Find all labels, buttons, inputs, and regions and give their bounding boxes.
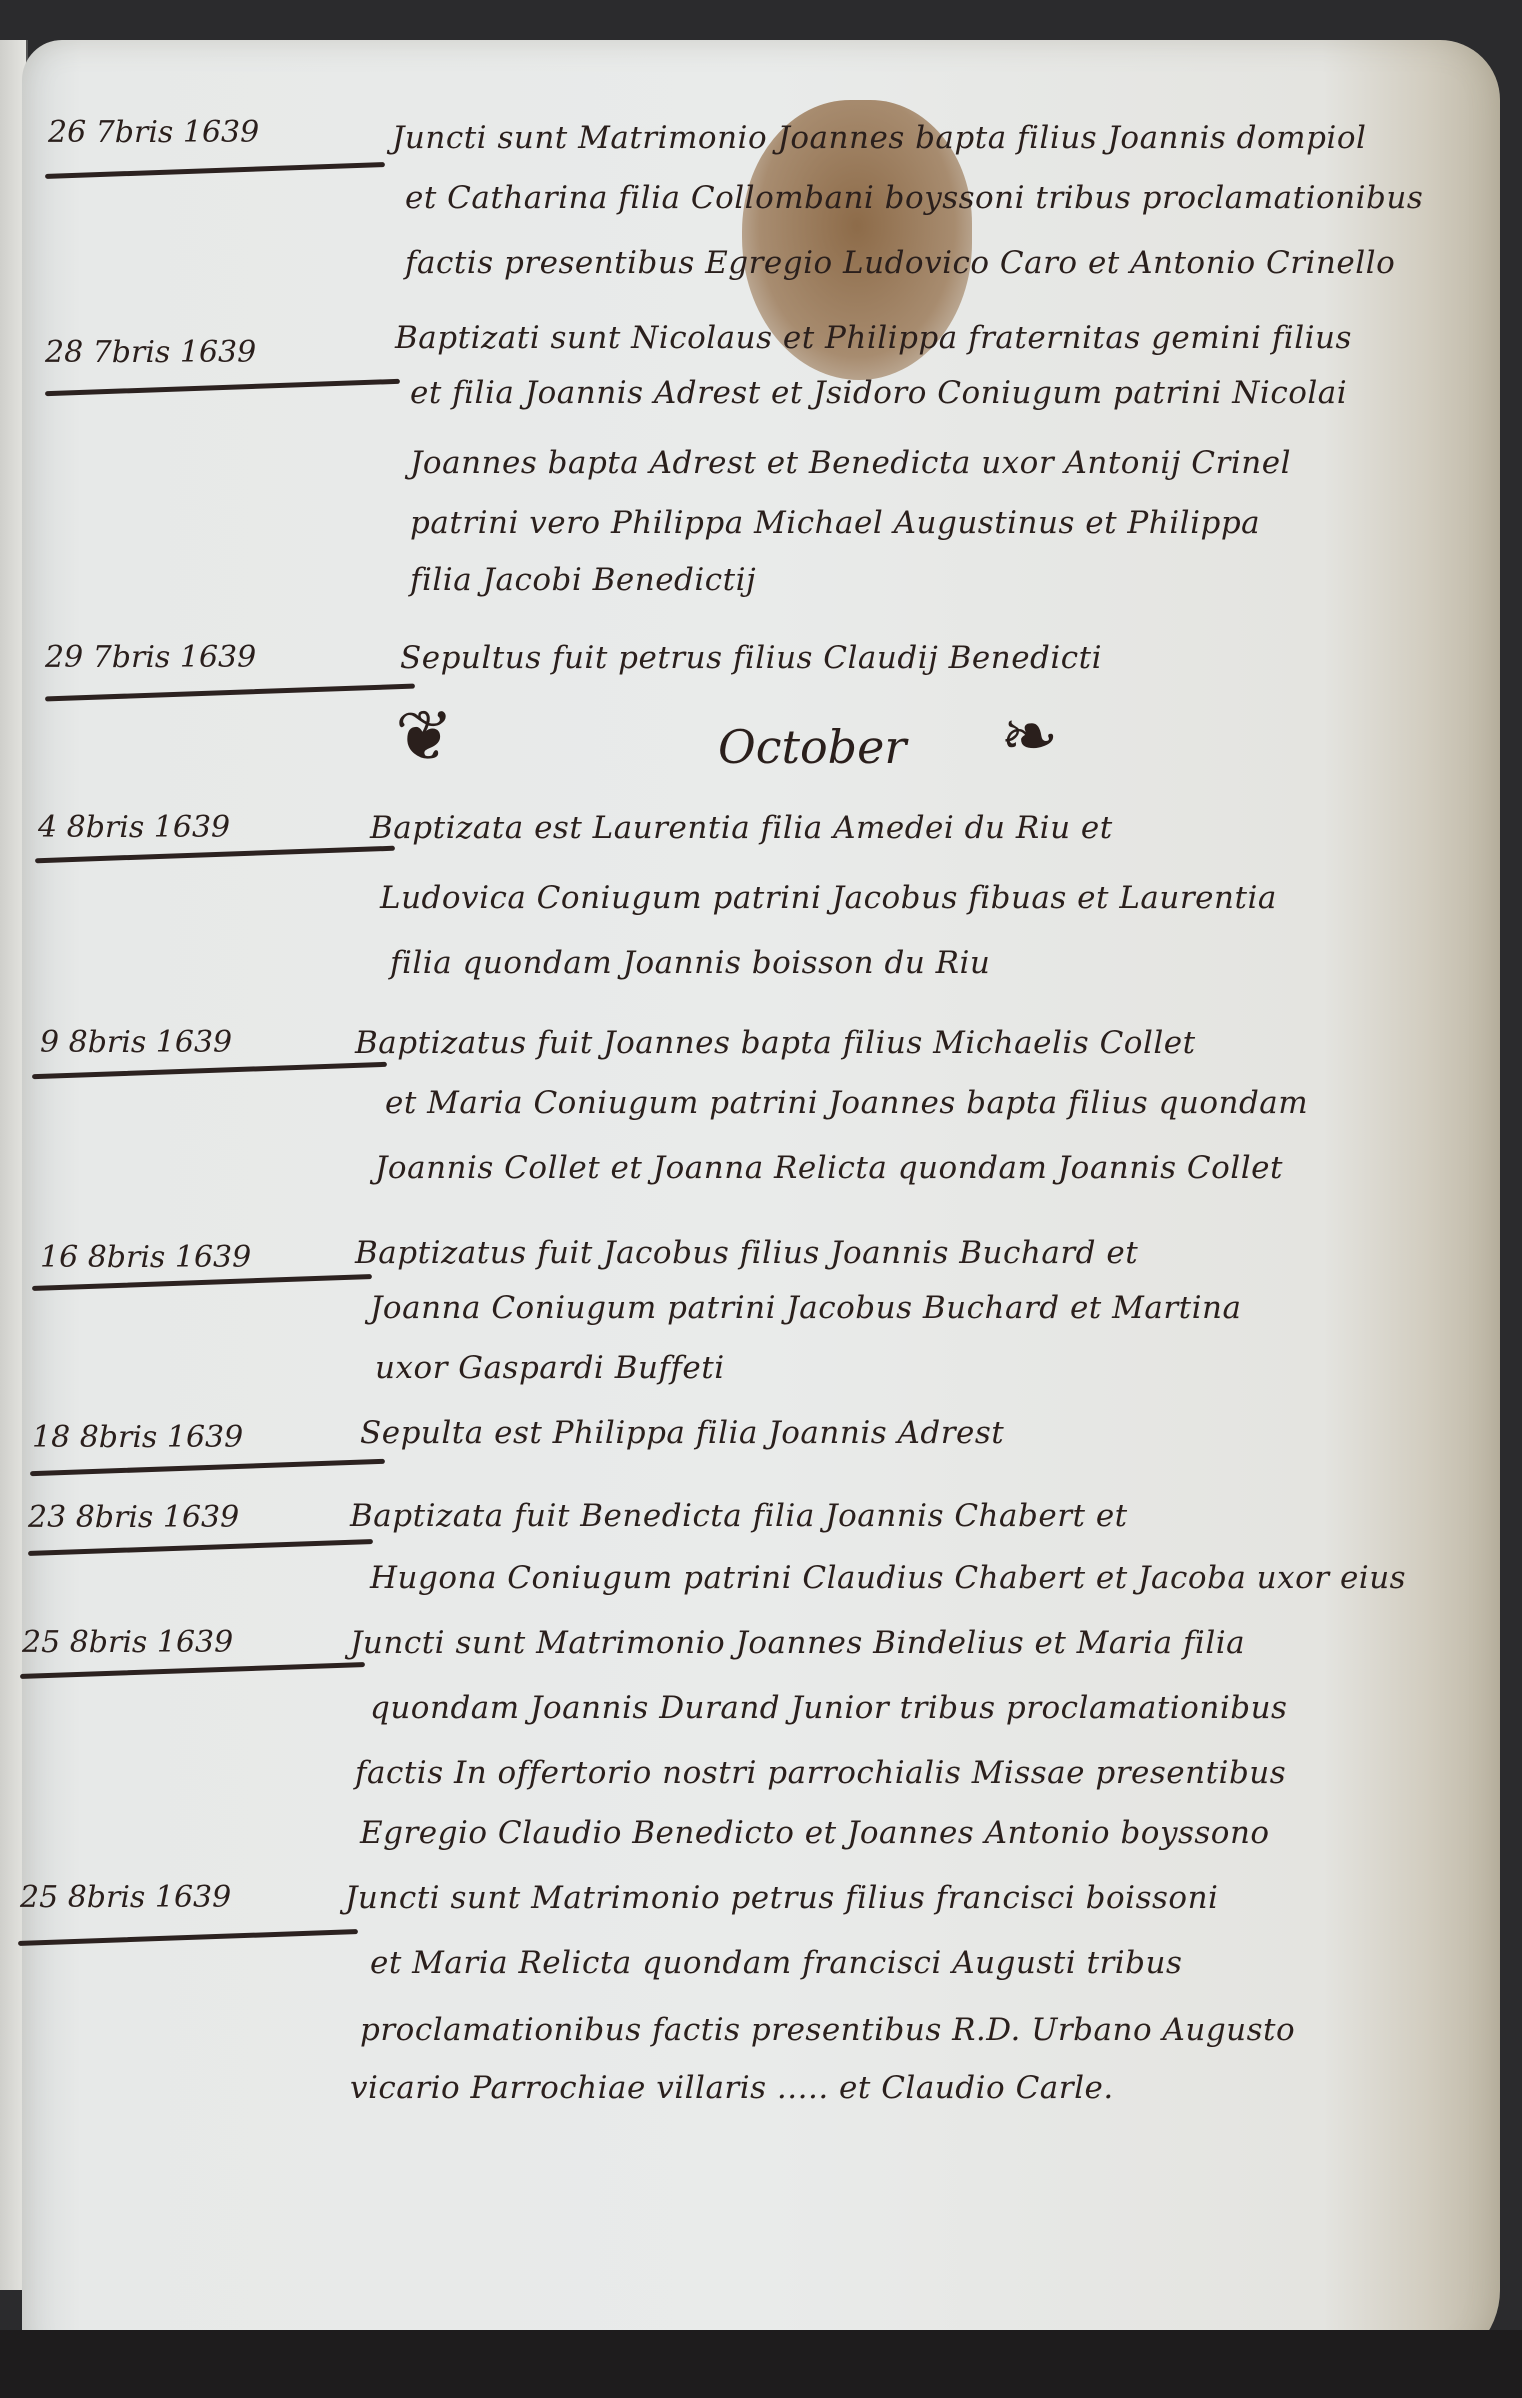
entry-date: 26 7bris 1639 xyxy=(48,115,259,150)
background-shadow xyxy=(0,2330,1522,2398)
entry-line: et Maria Relicta quondam francisci Augus… xyxy=(370,1945,1182,1981)
entry-date: 28 7bris 1639 xyxy=(45,335,256,370)
entry-line: uxor Gaspardi Buffeti xyxy=(375,1350,725,1386)
entry-line: Joannis Collet et Joanna Relicta quondam… xyxy=(375,1150,1283,1186)
entry-date: 18 8bris 1639 xyxy=(32,1420,243,1455)
entry-date: 9 8bris 1639 xyxy=(40,1025,232,1060)
entry-line: Joanna Coniugum patrini Jacobus Buchard … xyxy=(370,1290,1241,1326)
entry-line: Baptizata est Laurentia filia Amedei du … xyxy=(370,810,1113,846)
entry-line: Juncti sunt Matrimonio Joannes bapta fil… xyxy=(392,120,1366,156)
entry-date: 4 8bris 1639 xyxy=(38,810,230,845)
entry-line: Sepulta est Philippa filia Joannis Adres… xyxy=(360,1415,1004,1451)
entry-line: patrini vero Philippa Michael Augustinus… xyxy=(410,505,1260,541)
entry-line: et Catharina filia Collombani boyssoni t… xyxy=(405,180,1423,216)
decorative-flourish-right: ❧ xyxy=(1000,695,1059,777)
entry-line: factis presentibus Egregio Ludovico Caro… xyxy=(405,245,1395,281)
entry-date: 29 7bris 1639 xyxy=(45,640,256,675)
entry-line: Juncti sunt Matrimonio Joannes Bindelius… xyxy=(350,1625,1245,1661)
entry-date: 25 8bris 1639 xyxy=(22,1625,233,1660)
entry-line: proclamationibus factis presentibus R.D.… xyxy=(360,2012,1295,2048)
entry-line: Baptizatus fuit Joannes bapta filius Mic… xyxy=(355,1025,1196,1061)
entry-line: Baptizata fuit Benedicta filia Joannis C… xyxy=(350,1498,1128,1534)
entry-date: 16 8bris 1639 xyxy=(40,1240,251,1275)
month-heading: October xyxy=(718,720,906,774)
entry-date: 23 8bris 1639 xyxy=(28,1500,239,1535)
entry-line: vicario Parrochiae villaris ..... et Cla… xyxy=(350,2070,1114,2106)
entry-date: 25 8bris 1639 xyxy=(20,1880,231,1915)
entry-line: Hugona Coniugum patrini Claudius Chabert… xyxy=(370,1560,1406,1596)
entry-line: quondam Joannis Durand Junior tribus pro… xyxy=(370,1690,1287,1726)
decorative-flourish-left: ❦ xyxy=(395,695,454,777)
entry-line: filia Jacobi Benedictij xyxy=(410,562,756,598)
entry-line: filia quondam Joannis boisson du Riu xyxy=(390,945,990,981)
entry-line: et Maria Coniugum patrini Joannes bapta … xyxy=(385,1085,1308,1121)
entry-line: Ludovica Coniugum patrini Jacobus fibuas… xyxy=(380,880,1277,916)
entry-line: Baptizatus fuit Jacobus filius Joannis B… xyxy=(355,1235,1138,1271)
entry-line: Juncti sunt Matrimonio petrus filius fra… xyxy=(345,1880,1218,1916)
entry-line: Baptizati sunt Nicolaus et Philippa frat… xyxy=(395,320,1352,356)
entry-line: Joannes bapta Adrest et Benedicta uxor A… xyxy=(410,445,1291,481)
entry-line: Sepultus fuit petrus filius Claudij Bene… xyxy=(400,640,1102,676)
entry-line: factis In offertorio nostri parrochialis… xyxy=(355,1755,1286,1791)
entry-line: et filia Joannis Adrest et Jsidoro Coniu… xyxy=(410,375,1347,411)
entry-line: Egregio Claudio Benedicto et Joannes Ant… xyxy=(360,1815,1270,1851)
